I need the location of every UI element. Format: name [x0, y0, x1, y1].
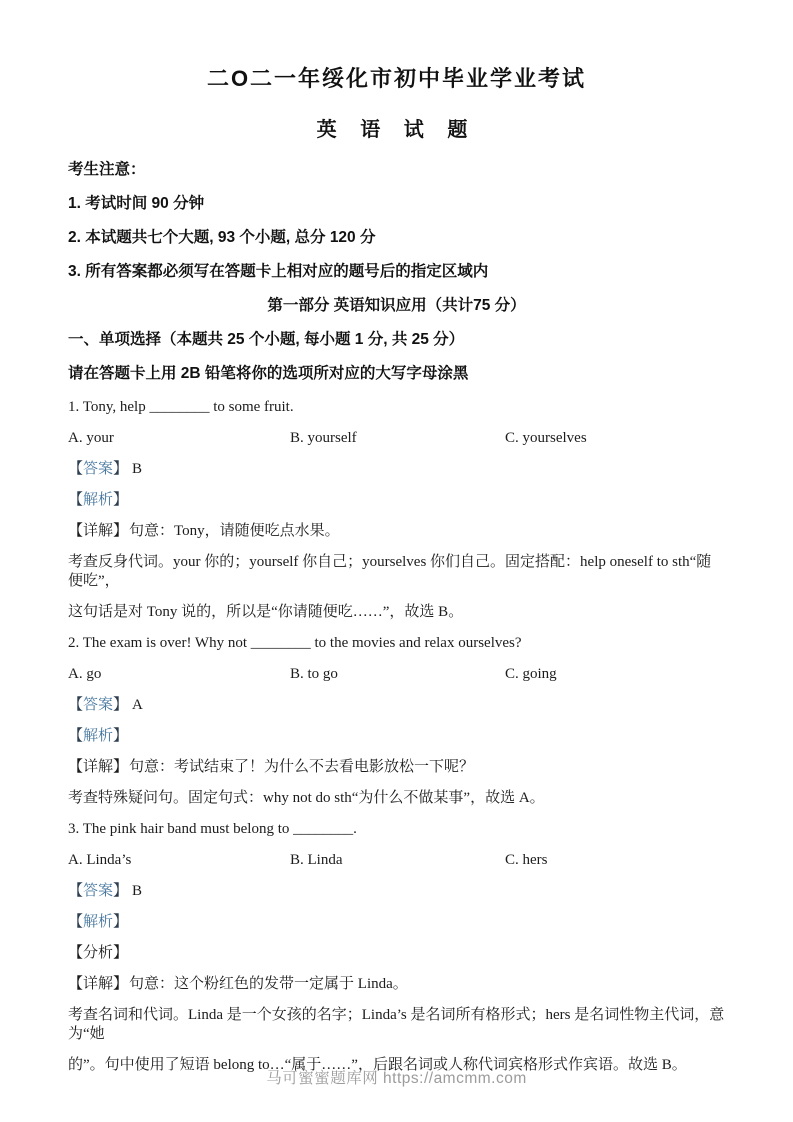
answer-label: 答案	[83, 697, 113, 713]
question-3-analysis2-line: 【分析】	[68, 944, 725, 963]
question-3-answer-line: 【答案】B	[68, 882, 725, 901]
notice-heading: 考生注意：	[68, 160, 725, 180]
document-content: 二O二一年绥化市初中毕业学业考试 英 语 试 题 考生注意： 1. 考试时间 9…	[0, 0, 793, 1075]
analysis-label: 解析	[83, 914, 113, 930]
question-2-option-c: C. going	[505, 665, 725, 684]
answer-letter: B	[132, 883, 142, 899]
notice-line-3: 3. 所有答案都必须写在答题卡上相对应的题号后的指定区域内	[68, 262, 725, 282]
question-2-option-a: A. go	[68, 665, 290, 684]
question-2-answer-line: 【答案】A	[68, 696, 725, 715]
section-heading: 一、单项选择（本题共 25 个小题, 每小题 1 分, 共 25 分）	[68, 330, 725, 350]
question-2-detail-line: 【详解】句意：考试结束了！为什么不去看电影放松一下呢？	[68, 758, 725, 777]
bracket-open: 【	[68, 523, 83, 539]
notice-line-2: 2. 本试题共七个大题, 93 个小题, 总分 120 分	[68, 228, 725, 248]
bracket-close: 】	[113, 697, 128, 713]
bracket-close: 】	[113, 759, 128, 775]
bracket-open: 【	[68, 492, 83, 508]
question-1-stem: 1. Tony, help ________ to some fruit.	[68, 398, 725, 417]
detail-label: 详解	[83, 759, 113, 775]
question-1-detail-line: 【详解】句意：Tony，请随便吃点水果。	[68, 522, 725, 541]
bracket-close: 】	[113, 976, 128, 992]
part-heading: 第一部分 英语知识应用（共计75 分）	[68, 296, 725, 316]
question-2-option-b: B. to go	[290, 665, 505, 684]
question-1-option-a: A. your	[68, 429, 290, 448]
question-3-option-a: A. Linda’s	[68, 851, 290, 870]
question-2-analysis-line: 【解析】	[68, 727, 725, 746]
bracket-open: 【	[68, 697, 83, 713]
question-1-analysis-line: 【解析】	[68, 491, 725, 510]
question-3-explanation-1: 考查名词和代词。Linda 是一个女孩的名字；Linda’s 是名词所有格形式；…	[68, 1006, 725, 1044]
site-watermark: 马可蜜蜜题库网 https://amcmm.com	[0, 1066, 793, 1088]
analysis-label: 解析	[83, 728, 113, 744]
analysis2-label: 分析	[83, 945, 113, 961]
bracket-open: 【	[68, 461, 83, 477]
bracket-close: 】	[113, 461, 128, 477]
analysis-label: 解析	[83, 492, 113, 508]
bracket-open: 【	[68, 883, 83, 899]
question-2-stem: 2. The exam is over! Why not ________ to…	[68, 634, 725, 653]
answer-letter: B	[132, 461, 142, 477]
detail-text: 句意：考试结束了！为什么不去看电影放松一下呢？	[129, 759, 474, 775]
bracket-close: 】	[113, 523, 128, 539]
question-1-option-c: C. yourselves	[505, 429, 725, 448]
question-2-options: A. go B. to go C. going	[68, 665, 725, 684]
bracket-close: 】	[113, 914, 128, 930]
bracket-close: 】	[113, 492, 128, 508]
detail-text: 句意：Tony，请随便吃点水果。	[129, 523, 340, 539]
question-3-analysis-line: 【解析】	[68, 913, 725, 932]
question-3-option-b: B. Linda	[290, 851, 505, 870]
question-1-answer-line: 【答案】B	[68, 460, 725, 479]
bracket-close: 】	[113, 945, 128, 961]
detail-label: 详解	[83, 976, 113, 992]
bracket-close: 】	[113, 883, 128, 899]
section-instruction: 请在答题卡上用 2B 铅笔将你的选项所对应的大写字母涂黑	[68, 364, 725, 384]
question-1-explanation-2: 这句话是对 Tony 说的，所以是“你请随便吃……”，故选 B。	[68, 603, 725, 622]
question-1-option-b: B. yourself	[290, 429, 505, 448]
page-subtitle: 英 语 试 题	[68, 113, 725, 142]
bracket-open: 【	[68, 976, 83, 992]
page-title: 二O二一年绥化市初中毕业学业考试	[68, 62, 725, 93]
notice-line-1: 1. 考试时间 90 分钟	[68, 194, 725, 214]
exam-document-page: 二O二一年绥化市初中毕业学业考试 英 语 试 题 考生注意： 1. 考试时间 9…	[0, 0, 793, 1122]
question-1-options: A. your B. yourself C. yourselves	[68, 429, 725, 448]
bracket-open: 【	[68, 728, 83, 744]
question-2-explanation-1: 考查特殊疑问句。固定句式：why not do sth“为什么不做某事”，故选 …	[68, 789, 725, 808]
answer-label: 答案	[83, 883, 113, 899]
bracket-close: 】	[113, 728, 128, 744]
question-3-options: A. Linda’s B. Linda C. hers	[68, 851, 725, 870]
bracket-open: 【	[68, 914, 83, 930]
detail-label: 详解	[83, 523, 113, 539]
question-1-explanation-1: 考查反身代词。your 你的；yourself 你自己；yourselves 你…	[68, 553, 725, 591]
question-3-detail-line: 【详解】句意：这个粉红色的发带一定属于 Linda。	[68, 975, 725, 994]
answer-label: 答案	[83, 461, 113, 477]
bracket-open: 【	[68, 945, 83, 961]
question-3-option-c: C. hers	[505, 851, 725, 870]
answer-letter: A	[132, 697, 143, 713]
detail-text: 句意：这个粉红色的发带一定属于 Linda。	[129, 976, 408, 992]
question-3-stem: 3. The pink hair band must belong to ___…	[68, 820, 725, 839]
bracket-open: 【	[68, 759, 83, 775]
